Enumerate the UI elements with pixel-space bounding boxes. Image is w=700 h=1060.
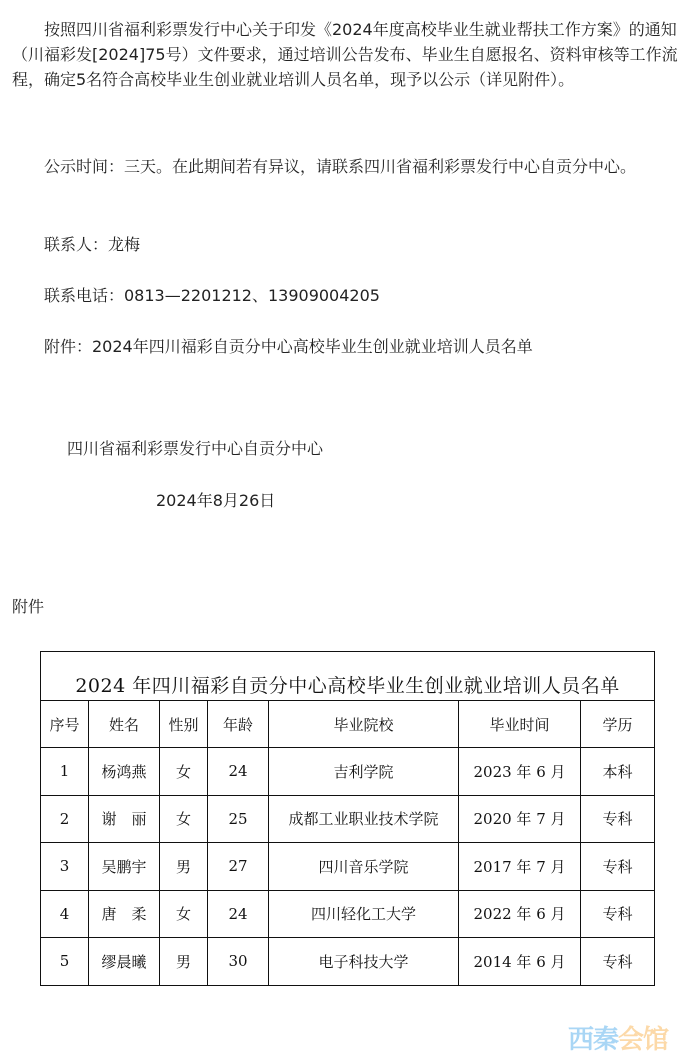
table-row: 3 吴鹏宇 男 27 四川音乐学院 2017 年 7 月 专科 [41,843,655,891]
cell-school: 吉利学院 [269,748,459,796]
header-school: 毕业院校 [269,701,459,748]
cell-education: 本科 [581,748,655,796]
header-index: 序号 [41,701,89,748]
header-graduation-date: 毕业时间 [459,701,581,748]
cell-name: 缪晨曦 [89,938,160,986]
trainee-roster-table: 2024 年四川福彩自贡分中心高校毕业生创业就业培训人员名单 序号 姓名 性别 … [40,651,655,986]
cell-graduation-date: 2014 年 6 月 [459,938,581,986]
header-gender: 性别 [160,701,208,748]
table-row: 4 唐 柔 女 24 四川轻化工大学 2022 年 6 月 专科 [41,890,655,938]
cell-age: 30 [208,938,269,986]
cell-gender: 女 [160,795,208,843]
cell-education: 专科 [581,795,655,843]
cell-graduation-date: 2017 年 7 月 [459,843,581,891]
cell-name: 谢 丽 [89,795,160,843]
cell-graduation-date: 2020 年 7 月 [459,795,581,843]
notice-paragraph-period: 公示时间：三天。在此期间若有异议，请联系四川省福利彩票发行中心自贡分中心。 [12,154,688,179]
cell-name: 吴鹏宇 [89,843,160,891]
table-row: 2 谢 丽 女 25 成都工业职业技术学院 2020 年 7 月 专科 [41,795,655,843]
cell-school: 四川轻化工大学 [269,890,459,938]
header-name: 姓名 [89,701,160,748]
cell-age: 24 [208,748,269,796]
header-education: 学历 [581,701,655,748]
cell-age: 25 [208,795,269,843]
cell-gender: 男 [160,938,208,986]
header-age: 年龄 [208,701,269,748]
contact-phone: 联系电话：0813—2201212、13909004205 [44,283,380,308]
cell-education: 专科 [581,843,655,891]
watermark-part-2: 会馆 [618,1025,668,1055]
attachment-label: 附件 [12,594,44,619]
cell-index: 4 [41,890,89,938]
cell-name: 杨鸿燕 [89,748,160,796]
cell-index: 3 [41,843,89,891]
cell-school: 成都工业职业技术学院 [269,795,459,843]
table-header-row: 序号 姓名 性别 年龄 毕业院校 毕业时间 学历 [41,701,655,748]
signature-organization: 四川省福利彩票发行中心自贡分中心 [67,436,323,461]
cell-index: 2 [41,795,89,843]
cell-graduation-date: 2022 年 6 月 [459,890,581,938]
contact-person: 联系人：龙梅 [44,232,140,257]
table-row: 5 缪晨曦 男 30 电子科技大学 2014 年 6 月 专科 [41,938,655,986]
cell-school: 四川音乐学院 [269,843,459,891]
watermark-logo: 西秦会馆 [568,1019,668,1056]
cell-age: 24 [208,890,269,938]
cell-index: 1 [41,748,89,796]
cell-index: 5 [41,938,89,986]
cell-gender: 男 [160,843,208,891]
signature-date: 2024年8月26日 [156,488,275,513]
watermark-part-1: 西秦 [568,1025,618,1055]
cell-gender: 女 [160,890,208,938]
cell-age: 27 [208,843,269,891]
cell-education: 专科 [581,938,655,986]
cell-gender: 女 [160,748,208,796]
cell-graduation-date: 2023 年 6 月 [459,748,581,796]
cell-school: 电子科技大学 [269,938,459,986]
attachment-reference: 附件：2024年四川福彩自贡分中心高校毕业生创业就业培训人员名单 [44,334,533,359]
table-title: 2024 年四川福彩自贡分中心高校毕业生创业就业培训人员名单 [41,652,655,701]
cell-education: 专科 [581,890,655,938]
cell-name: 唐 柔 [89,890,160,938]
notice-paragraph-basis: 按照四川省福利彩票发行中心关于印发《2024年度高校毕业生就业帮扶工作方案》的通… [12,17,688,92]
table-row: 1 杨鸿燕 女 24 吉利学院 2023 年 6 月 本科 [41,748,655,796]
